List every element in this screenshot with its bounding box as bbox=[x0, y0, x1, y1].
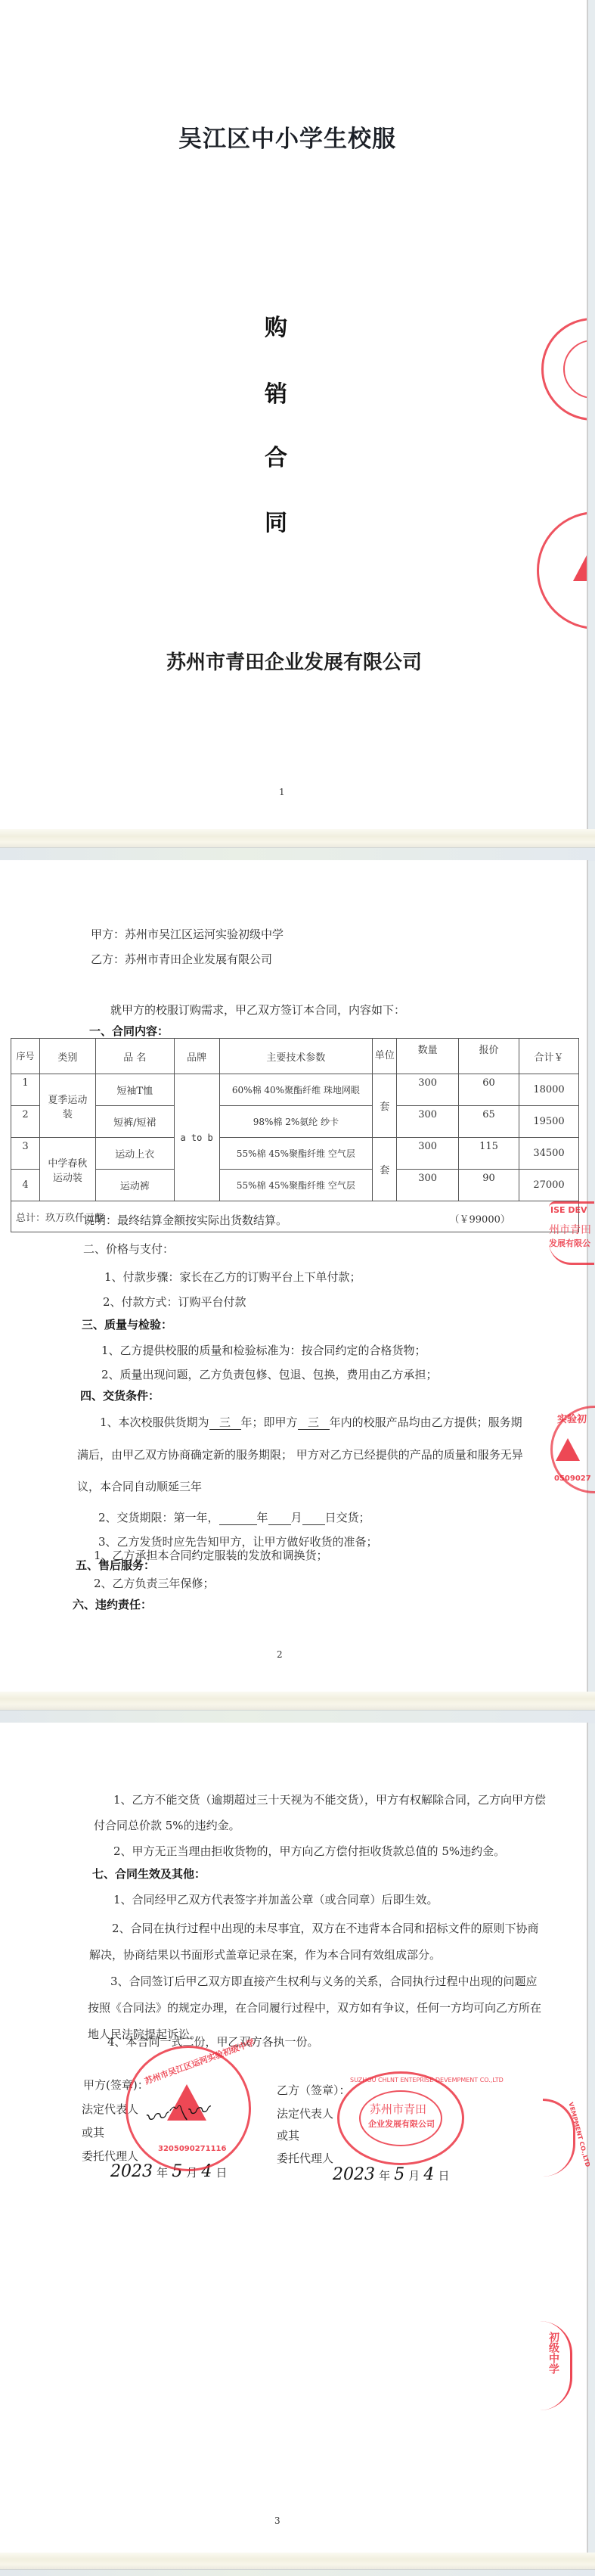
col-header-qty: 数量 bbox=[397, 1039, 459, 1074]
supply-years-field: 三 bbox=[209, 1415, 241, 1430]
party-b-or-label: 或其 bbox=[277, 2127, 299, 2143]
page-number: 2 bbox=[277, 1649, 283, 1660]
section-6-item-1: 1、乙方不能交货（逾期超过三十天视为不能交货），甲方有权解除合同，乙方向甲方偿 bbox=[113, 1791, 546, 1807]
party-b-agent-label: 委托代理人 bbox=[277, 2150, 333, 2166]
cell-total: 18000 bbox=[519, 1074, 578, 1106]
section-7-heading: 七、合同生效及其他： bbox=[92, 1866, 206, 1882]
section-4-item-1-line-3: 议，本合同自动顺延三年 bbox=[77, 1478, 202, 1494]
cell-no: 1 bbox=[11, 1074, 40, 1106]
section-7-item-3-line-2: 按照《合同法》的规定办理，在合同履行过程中，双方如有争议，任何一方均可向乙方所在 bbox=[88, 2000, 541, 2015]
section-1-heading: 一、合同内容： bbox=[89, 1023, 169, 1039]
section-4-item-1: 1、本次校服供货期为三年；即甲方三年内的校服产品均由乙方提供；服务期 bbox=[100, 1414, 522, 1430]
page-gap bbox=[0, 1710, 595, 1723]
party-b-rep-label: 法定代表人 bbox=[277, 2105, 333, 2121]
col-header-category: 类别 bbox=[39, 1039, 95, 1074]
cover-vertical-char: 合 bbox=[265, 439, 287, 472]
section-3-item: 2、质量出现问题，乙方负责包修、包退、包换，费用由乙方承担； bbox=[101, 1366, 438, 1382]
seal-party-b-fragment bbox=[541, 318, 588, 421]
cell-name: 运动裤 bbox=[95, 1170, 174, 1201]
cover-vertical-char: 销 bbox=[265, 375, 287, 409]
cover-vertical-char: 购 bbox=[265, 309, 287, 342]
cell-total: 34500 bbox=[519, 1138, 578, 1170]
seal-party-b-fragment: ISE DEV 州市青田 发展有限公 bbox=[549, 1201, 594, 1265]
section-4-item-1-line-2: 满后，由甲乙双方协商确定新的服务期限； 甲方对乙方已经提供的产品的质量和服务无异 bbox=[77, 1446, 523, 1462]
table-header-row: 序号 类别 品 名 品牌 主要技术参数 单位 数量 报价 合计￥ bbox=[11, 1039, 579, 1074]
party-b-sign-label: 乙方（签章）： bbox=[277, 2082, 351, 2098]
party-a-or-label: 或其 bbox=[82, 2124, 104, 2140]
col-header-price: 报价 bbox=[459, 1039, 519, 1074]
cell-no: 4 bbox=[11, 1170, 40, 1201]
cell-price: 60 bbox=[459, 1074, 519, 1106]
delivery-month-field bbox=[268, 1511, 291, 1525]
cell-spec: 55%棉 45%聚酯纤维 空气层 bbox=[219, 1138, 373, 1170]
seal-party-b: SUZHOU CHLNT ENTEPRISE DEVEMPMENT CO.,LT… bbox=[337, 2071, 464, 2165]
party-b-date-year: 2023 bbox=[333, 2165, 375, 2184]
col-header-total: 合计￥ bbox=[519, 1039, 578, 1074]
page-gap bbox=[0, 2569, 595, 2576]
page-edge bbox=[0, 829, 595, 847]
section-3-heading: 三、质量与检验： bbox=[82, 1316, 172, 1332]
cell-qty: 300 bbox=[397, 1138, 459, 1170]
seal-star-icon bbox=[556, 1438, 580, 1461]
cell-spec: 55%棉 45%聚酯纤维 空气层 bbox=[219, 1170, 373, 1201]
cell-no: 3 bbox=[11, 1138, 40, 1170]
cell-category: 中学春秋运动装 bbox=[39, 1138, 95, 1201]
cell-name: 运动上衣 bbox=[95, 1138, 174, 1170]
section-3-item: 1、乙方提供校服的质量和检验标准为：按合同约定的合格货物； bbox=[101, 1342, 426, 1358]
cover-vertical-char: 同 bbox=[265, 504, 287, 537]
section-7-item-1: 1、合同经甲乙双方代表签字并加盖公章（或合同章）后即生效。 bbox=[113, 1891, 439, 1907]
cell-unit: 套 bbox=[373, 1074, 397, 1138]
supply-years-field: 三 bbox=[298, 1415, 330, 1430]
seal-party-a-fragment bbox=[537, 511, 588, 629]
settlement-note: 说明：最终结算金额按实际出货数结算。 bbox=[83, 1212, 287, 1228]
cell-price: 115 bbox=[459, 1138, 519, 1170]
delivery-day-field bbox=[302, 1511, 325, 1525]
section-4-heading: 四、交货条件： bbox=[80, 1387, 160, 1403]
cover-company-name: 苏州市青田企业发展有限公司 bbox=[166, 647, 422, 675]
section-5-item-1: 1、乙方承担本合同约定服装的发放和调换货； bbox=[94, 1547, 328, 1563]
cell-unit: 套 bbox=[373, 1138, 397, 1201]
table-row: 2 短裤/短裙 98%棉 2%氨纶 纱卡 300 65 19500 bbox=[11, 1106, 579, 1138]
cell-no: 2 bbox=[11, 1106, 40, 1138]
seal-star-icon bbox=[573, 555, 588, 581]
page-1-cover: 吴江区中小学生校服 购 销 合 同 苏州市青田企业发展有限公司 1 bbox=[0, 0, 588, 831]
cell-qty: 300 bbox=[397, 1170, 459, 1201]
page-gap bbox=[0, 847, 595, 861]
section-7-item-4-text: 4、本合同一式二份，甲乙双方各执一份。 bbox=[107, 2034, 319, 2049]
cell-qty: 300 bbox=[397, 1074, 459, 1106]
cover-title: 吴江区中小学生校服 bbox=[178, 120, 396, 154]
page-edge bbox=[0, 1692, 595, 1710]
cell-price: 90 bbox=[459, 1170, 519, 1201]
section-7-item-2: 2、合同在执行过程中出现的未尽事宜，双方在不违背本合同和招标文件的原则下协商 bbox=[112, 1920, 539, 1936]
cell-brand: a to b bbox=[174, 1074, 219, 1201]
section-2-heading: 二、价格与支付： bbox=[83, 1241, 174, 1257]
cell-name: 短裤/短裙 bbox=[95, 1106, 174, 1138]
goods-table: 序号 类别 品 名 品牌 主要技术参数 单位 数量 报价 合计￥ 1 夏季运动装… bbox=[11, 1038, 579, 1232]
cell-spec: 98%棉 2%氨纶 纱卡 bbox=[219, 1106, 373, 1138]
col-header-no: 序号 bbox=[11, 1039, 40, 1074]
page-number: 3 bbox=[274, 2515, 280, 2526]
seal-party-a-fragment: 实验初 0509027 bbox=[550, 1406, 595, 1493]
party-b-line: 乙方：苏州市青田企业发展有限公司 bbox=[91, 951, 272, 967]
cell-price: 65 bbox=[459, 1106, 519, 1138]
section-7-item-2-line-2: 解决，协商结果以书面形式盖章记录在案，作为本合同有效组成部分。 bbox=[89, 1947, 441, 1962]
cell-qty: 300 bbox=[397, 1106, 459, 1138]
party-b-date: 2023 年 5 月 4 日 bbox=[333, 2165, 450, 2184]
party-a-agent-label: 委托代理人 bbox=[82, 2148, 138, 2164]
party-b-date-day: 4 bbox=[423, 2165, 434, 2184]
table-row: 3 中学春秋运动装 运动上衣 55%棉 45%聚酯纤维 空气层 套 300 11… bbox=[11, 1138, 579, 1170]
total-value: （￥99000） bbox=[450, 1211, 510, 1226]
table-row: 1 夏季运动装 短袖T恤 a to b 60%棉 40%聚酯纤维 珠地网眼 套 … bbox=[11, 1074, 579, 1106]
section-2-item: 2、付款方式：订购平台付款 bbox=[103, 1294, 246, 1310]
party-a-date-year: 2023 bbox=[110, 2162, 153, 2181]
section-5-item-2: 2、乙方负责三年保修； bbox=[94, 1575, 215, 1591]
cell-category: 夏季运动装 bbox=[39, 1074, 95, 1138]
party-a-line: 甲方：苏州市吴江区运河实验初级中学 bbox=[91, 926, 284, 942]
section-7-item-3: 3、合同签订后甲乙双方即直接产生权利与义务的关系，合同执行过程中出现的问题应 bbox=[110, 1973, 538, 1989]
col-header-spec: 主要技术参数 bbox=[219, 1039, 373, 1074]
page-edge bbox=[0, 2553, 595, 2569]
section-4-item-2: 2、交货期限：第一年， 年 月 日交货； bbox=[98, 1509, 370, 1525]
party-b-date-month: 5 bbox=[394, 2165, 404, 2184]
cell-spec: 60%棉 40%聚酯纤维 珠地网眼 bbox=[219, 1074, 373, 1106]
col-header-unit: 单位 bbox=[373, 1039, 397, 1074]
cell-total: 27000 bbox=[519, 1170, 578, 1201]
cell-total: 19500 bbox=[519, 1106, 578, 1138]
section-6-heading: 六、违约责任： bbox=[73, 1596, 152, 1612]
col-header-name: 品 名 bbox=[95, 1039, 174, 1074]
cell-name: 短袖T恤 bbox=[95, 1074, 174, 1106]
delivery-year-field bbox=[219, 1511, 257, 1525]
section-2-item: 1、付款步骤：家长在乙方的订购平台上下单付款； bbox=[104, 1269, 361, 1285]
section-6-item-1-line-2: 付合同总价款 5%的违约金。 bbox=[94, 1817, 240, 1833]
contract-intro: 就甲方的校服订购需求，甲乙双方签订本合同，内容如下： bbox=[110, 1002, 405, 1018]
section-6-item-2: 2、甲方无正当理由拒收货物的，甲方向乙方偿付拒收货款总值的 5%违约金。 bbox=[113, 1843, 505, 1859]
col-header-brand: 品牌 bbox=[174, 1039, 219, 1074]
page-number: 1 bbox=[279, 787, 285, 797]
table-row: 4 运动裤 55%棉 45%聚酯纤维 空气层 300 90 27000 bbox=[11, 1170, 579, 1201]
